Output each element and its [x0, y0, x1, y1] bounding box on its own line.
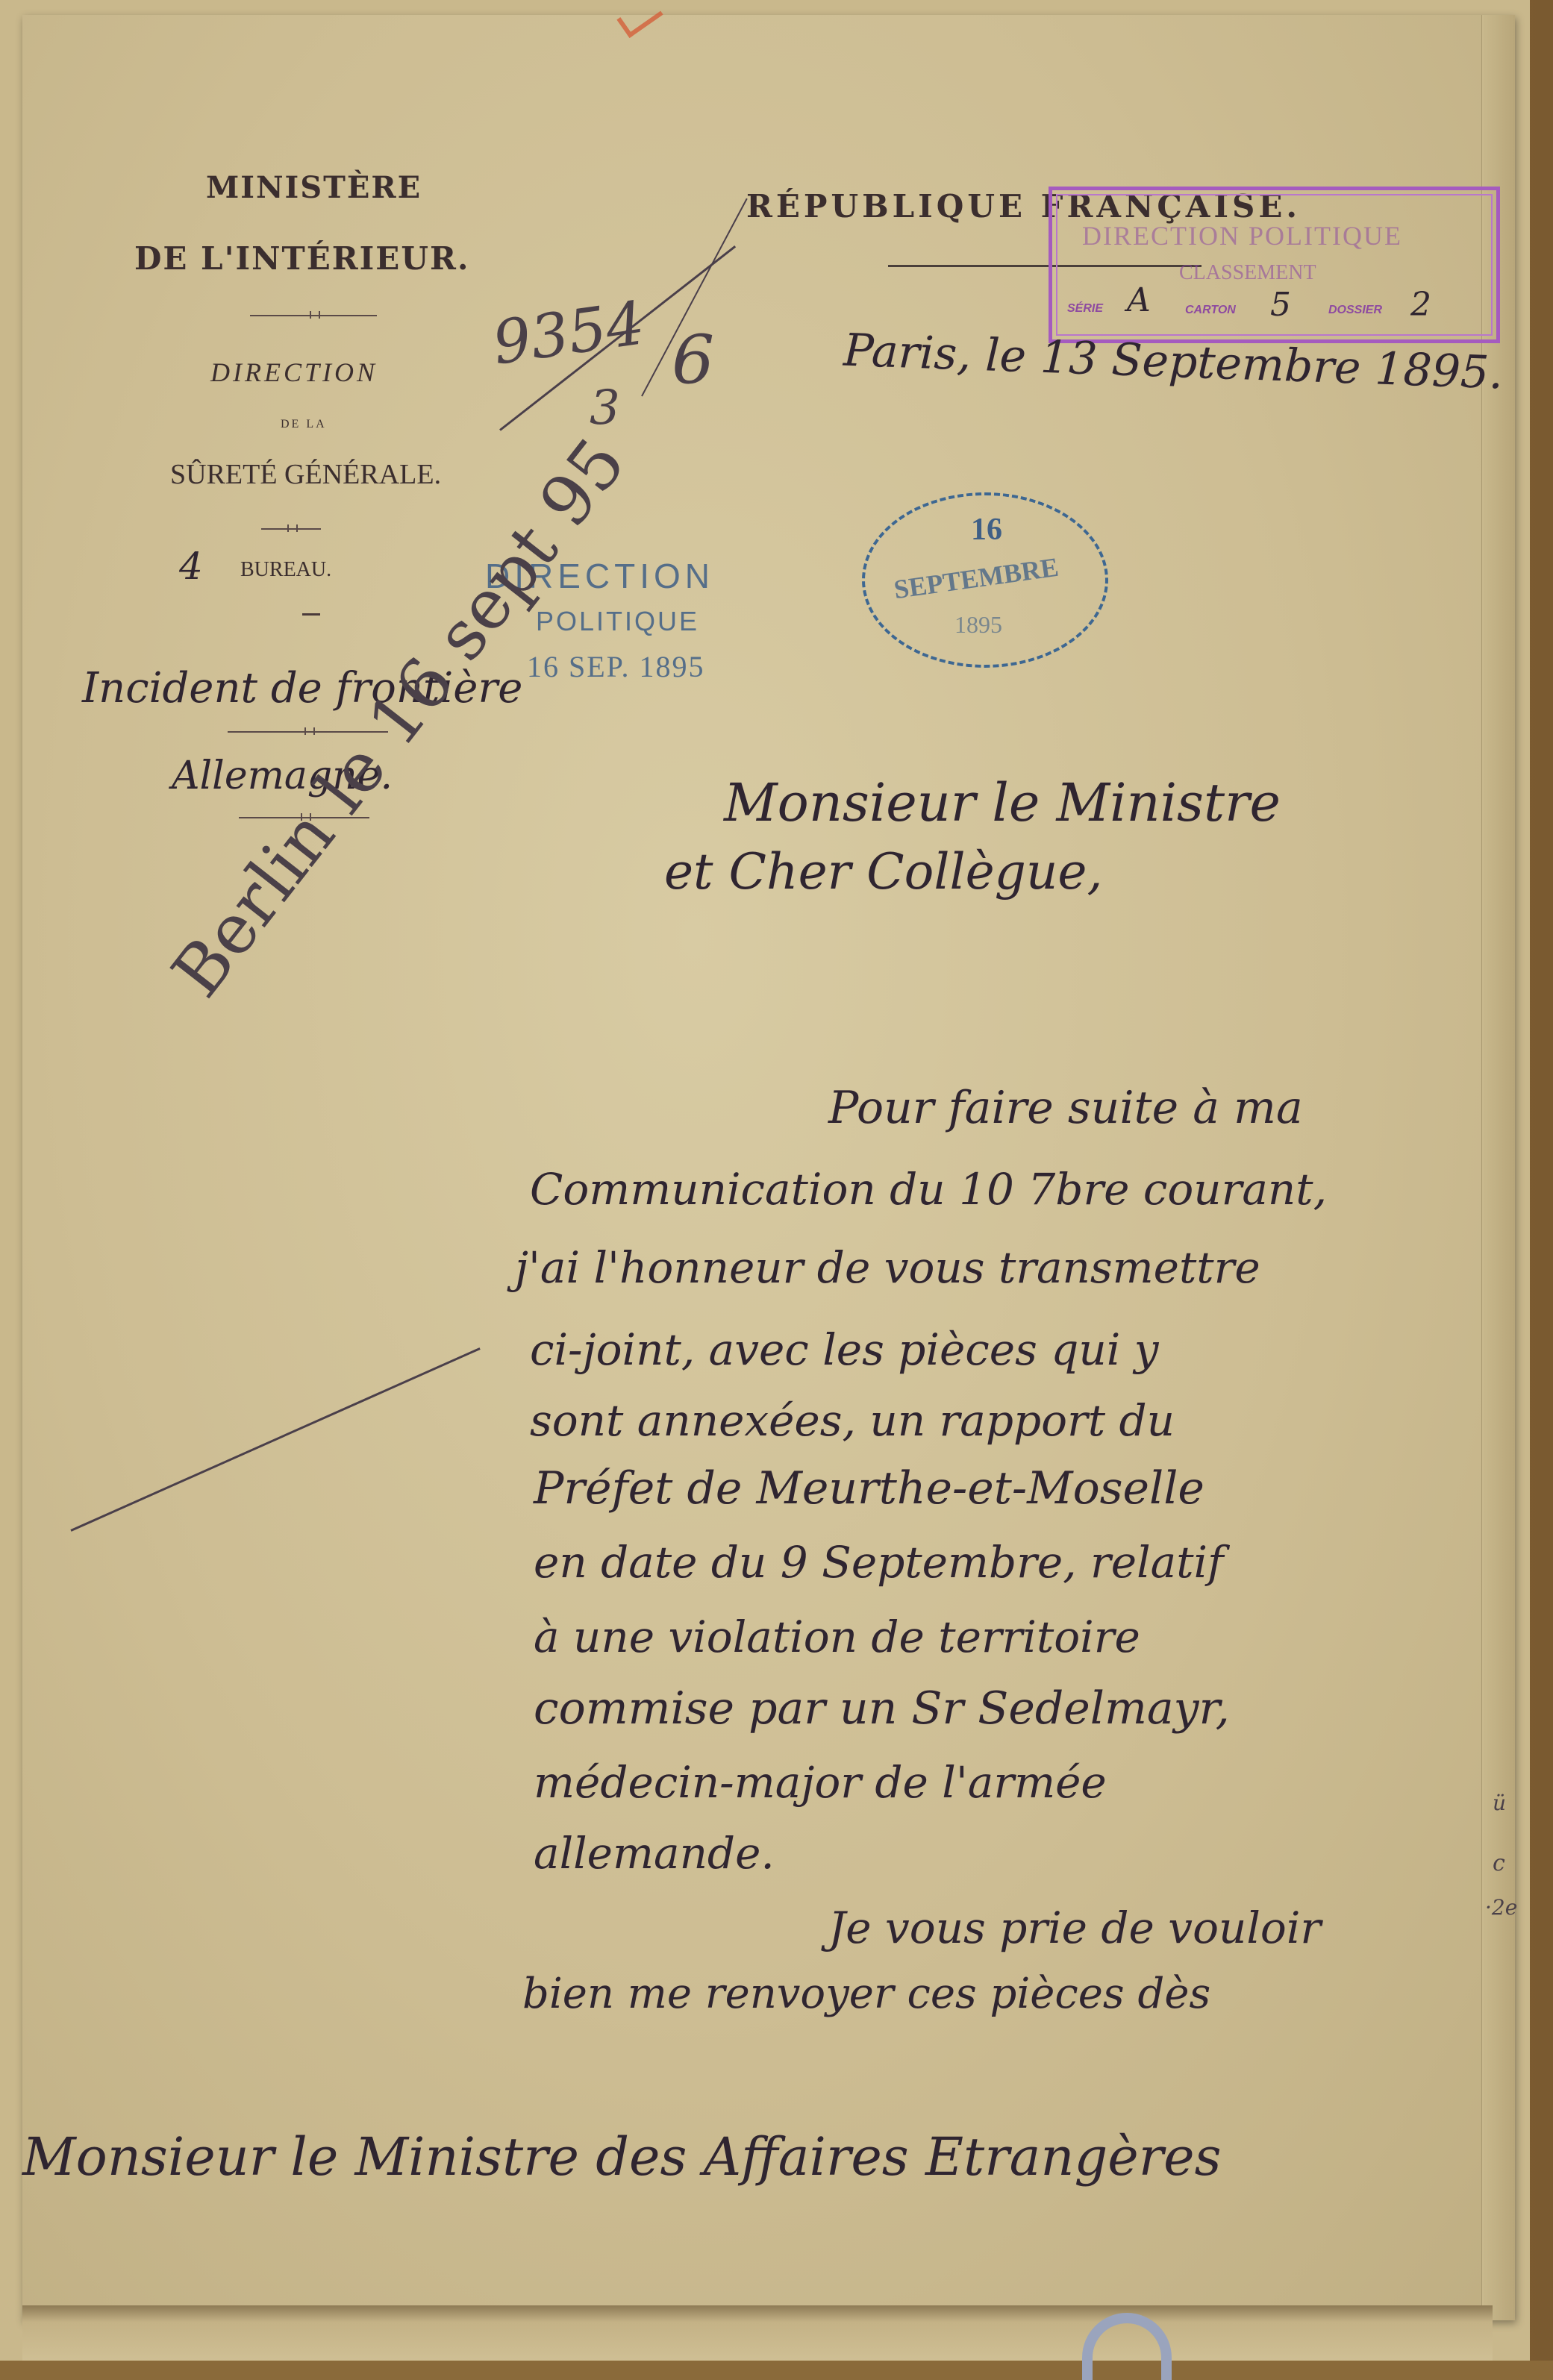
- body-paragraph2-line1: Je vous prie de vouloir: [828, 1903, 1321, 1953]
- stamp-dossier-value: 2: [1410, 286, 1431, 324]
- body-line-6: Préfet de Meurthe-et-Moselle: [534, 1462, 1204, 1515]
- edge-fragment-1: ü: [1493, 1791, 1506, 1815]
- body-line-7: en date du 9 Septembre, relatif: [534, 1537, 1224, 1588]
- body-paragraph2-line2: bien me renvoyer ces pièces dès: [522, 1970, 1210, 2018]
- stamp-carton-label: CARTON: [1185, 304, 1236, 317]
- bottom-page-fold: [22, 2305, 1493, 2361]
- edge-fragment-2: c: [1493, 1850, 1505, 1876]
- classement-stamp: DIRECTION POLITIQUE CLASSEMENT SÉRIE A C…: [1049, 187, 1500, 343]
- bureau-label: BUREAU.: [240, 558, 331, 582]
- body-line-10: médecin-major de l'armée: [534, 1757, 1107, 1808]
- stamp-title: CLASSEMENT: [1179, 261, 1316, 285]
- oval-stamp-year: 1895: [954, 611, 1002, 639]
- ministry-line1: MINISTÈRE: [206, 170, 422, 205]
- body-line-2: Communication du 10 7bre courant,: [530, 1164, 1327, 1215]
- direction-politique-stamp-date: 16 SEP. 1895: [527, 649, 705, 684]
- oval-stamp-month: SEPTEMBRE: [892, 551, 1060, 605]
- de-la-label: DE LA: [281, 418, 327, 431]
- body-line-11: allemande.: [534, 1828, 775, 1879]
- ministry-line2: DE L'INTÉRIEUR.: [134, 240, 469, 277]
- body-line-5: sont annexées, un rapport du: [530, 1395, 1175, 1446]
- stamp-dossier-label: DOSSIER: [1328, 304, 1382, 317]
- oval-date-stamp: 16 SEPTEMBRE 1895: [862, 492, 1108, 668]
- salutation-line2: et Cher Collègue,: [664, 843, 1102, 901]
- body-line-3: j'ai l'honneur de vous transmettre: [515, 1242, 1260, 1293]
- surete-generale-label: SÛRETÉ GÉNÉRALE.: [170, 458, 441, 491]
- edge-fragment-3: ·2e: [1485, 1895, 1517, 1920]
- stamp-header: DIRECTION POLITIQUE: [1082, 220, 1402, 251]
- reference-number-bottom-left: 3: [590, 381, 620, 436]
- direction-politique-stamp-line2: POLITIQUE: [536, 606, 699, 637]
- body-line-4: ci-joint, avec les pièces qui y: [530, 1324, 1159, 1375]
- ornament-divider: [250, 315, 377, 316]
- addressee-line: Monsieur le Ministre des Affaires Etrang…: [22, 2126, 1222, 2188]
- stamp-serie-value: A: [1127, 281, 1151, 319]
- ornament-divider-small: [261, 528, 321, 530]
- salutation-line1: Monsieur le Ministre: [724, 772, 1281, 833]
- dash-divider: [302, 613, 320, 616]
- direction-label: DIRECTION: [210, 357, 378, 388]
- body-line-9: commise par un Sr Sedelmayr,: [534, 1682, 1230, 1735]
- body-line-1: Pour faire suite à ma: [828, 1082, 1303, 1134]
- stamp-serie-label: SÉRIE: [1067, 302, 1103, 316]
- bureau-number: 4: [179, 545, 203, 588]
- oval-stamp-day: 16: [971, 512, 1002, 548]
- body-line-8: à une violation de territoire: [534, 1612, 1140, 1662]
- stamp-carton-value: 5: [1270, 286, 1291, 324]
- reference-number-bottom-right: 6: [672, 321, 714, 399]
